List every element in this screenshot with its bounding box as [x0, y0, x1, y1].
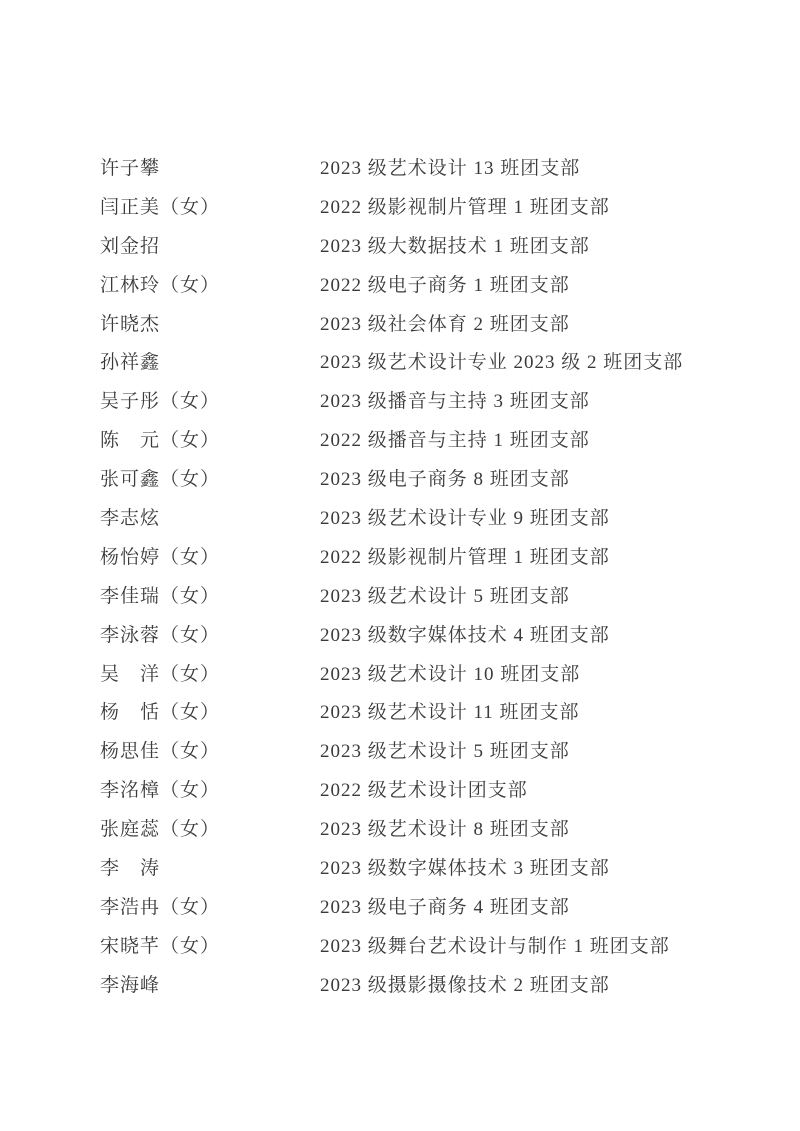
member-name: 李 涛: [100, 853, 320, 880]
member-name: 杨 恬（女）: [100, 697, 320, 724]
roster-row: 吴 洋（女） 2023 级艺术设计 10 班团支部: [100, 653, 760, 692]
branch-name: 2023 级数字媒体技术 3 班团支部: [320, 853, 760, 880]
roster: 许子攀 2023 级艺术设计 13 班团支部 闫正美（女） 2022 级影视制片…: [100, 147, 760, 1003]
roster-row: 江林玲（女） 2022 级电子商务 1 班团支部: [100, 264, 760, 303]
branch-name: 2023 级艺术设计 5 班团支部: [320, 736, 760, 763]
member-name: 杨怡婷（女）: [100, 542, 320, 569]
member-name: 李泳蓉（女）: [100, 620, 320, 647]
branch-name: 2023 级艺术设计专业 9 班团支部: [320, 503, 760, 530]
member-name: 孙祥鑫: [100, 347, 320, 374]
branch-name: 2023 级艺术设计专业 2023 级 2 班团支部: [320, 347, 760, 374]
member-name: 刘金招: [100, 231, 320, 258]
roster-row: 张可鑫（女） 2023 级电子商务 8 班团支部: [100, 458, 760, 497]
roster-row: 陈 元（女） 2022 级播音与主持 1 班团支部: [100, 419, 760, 458]
roster-row: 张庭蕊（女） 2023 级艺术设计 8 班团支部: [100, 808, 760, 847]
member-name: 陈 元（女）: [100, 425, 320, 452]
document-page: 许子攀 2023 级艺术设计 13 班团支部 闫正美（女） 2022 级影视制片…: [0, 0, 800, 1131]
branch-name: 2023 级播音与主持 3 班团支部: [320, 386, 760, 413]
member-name: 江林玲（女）: [100, 270, 320, 297]
member-name: 李浩冉（女）: [100, 892, 320, 919]
member-name: 闫正美（女）: [100, 192, 320, 219]
roster-row: 吴子彤（女） 2023 级播音与主持 3 班团支部: [100, 380, 760, 419]
roster-row: 许子攀 2023 级艺术设计 13 班团支部: [100, 147, 760, 186]
roster-row: 李志炫 2023 级艺术设计专业 9 班团支部: [100, 497, 760, 536]
member-name: 李海峰: [100, 970, 320, 997]
member-name: 许子攀: [100, 153, 320, 180]
member-name: 吴子彤（女）: [100, 386, 320, 413]
roster-row: 李 涛 2023 级数字媒体技术 3 班团支部: [100, 847, 760, 886]
member-name: 张庭蕊（女）: [100, 814, 320, 841]
roster-row: 李佳瑞（女） 2023 级艺术设计 5 班团支部: [100, 575, 760, 614]
branch-name: 2022 级影视制片管理 1 班团支部: [320, 192, 760, 219]
roster-row: 李洺樟（女） 2022 级艺术设计团支部: [100, 769, 760, 808]
roster-row: 杨怡婷（女） 2022 级影视制片管理 1 班团支部: [100, 536, 760, 575]
branch-name: 2023 级艺术设计 13 班团支部: [320, 153, 760, 180]
member-name: 李佳瑞（女）: [100, 581, 320, 608]
branch-name: 2023 级艺术设计 8 班团支部: [320, 814, 760, 841]
branch-name: 2023 级艺术设计 11 班团支部: [320, 697, 760, 724]
branch-name: 2023 级大数据技术 1 班团支部: [320, 231, 760, 258]
branch-name: 2022 级播音与主持 1 班团支部: [320, 425, 760, 452]
branch-name: 2022 级电子商务 1 班团支部: [320, 270, 760, 297]
roster-row: 孙祥鑫 2023 级艺术设计专业 2023 级 2 班团支部: [100, 341, 760, 380]
member-name: 李志炫: [100, 503, 320, 530]
roster-row: 李海峰 2023 级摄影摄像技术 2 班团支部: [100, 964, 760, 1003]
branch-name: 2023 级电子商务 4 班团支部: [320, 892, 760, 919]
member-name: 杨思佳（女）: [100, 736, 320, 763]
roster-row: 许晓杰 2023 级社会体育 2 班团支部: [100, 303, 760, 342]
roster-row: 李泳蓉（女） 2023 级数字媒体技术 4 班团支部: [100, 614, 760, 653]
branch-name: 2023 级社会体育 2 班团支部: [320, 309, 760, 336]
branch-name: 2023 级艺术设计 5 班团支部: [320, 581, 760, 608]
branch-name: 2023 级舞台艺术设计与制作 1 班团支部: [320, 931, 760, 958]
roster-row: 刘金招 2023 级大数据技术 1 班团支部: [100, 225, 760, 264]
member-name: 许晓杰: [100, 309, 320, 336]
branch-name: 2023 级艺术设计 10 班团支部: [320, 659, 760, 686]
roster-row: 宋晓芊（女） 2023 级舞台艺术设计与制作 1 班团支部: [100, 925, 760, 964]
member-name: 吴 洋（女）: [100, 659, 320, 686]
member-name: 张可鑫（女）: [100, 464, 320, 491]
roster-row: 杨思佳（女） 2023 级艺术设计 5 班团支部: [100, 730, 760, 769]
branch-name: 2023 级电子商务 8 班团支部: [320, 464, 760, 491]
branch-name: 2022 级影视制片管理 1 班团支部: [320, 542, 760, 569]
roster-row: 李浩冉（女） 2023 级电子商务 4 班团支部: [100, 886, 760, 925]
member-name: 李洺樟（女）: [100, 775, 320, 802]
branch-name: 2023 级摄影摄像技术 2 班团支部: [320, 970, 760, 997]
branch-name: 2023 级数字媒体技术 4 班团支部: [320, 620, 760, 647]
member-name: 宋晓芊（女）: [100, 931, 320, 958]
branch-name: 2022 级艺术设计团支部: [320, 775, 760, 802]
roster-row: 闫正美（女） 2022 级影视制片管理 1 班团支部: [100, 186, 760, 225]
roster-row: 杨 恬（女） 2023 级艺术设计 11 班团支部: [100, 691, 760, 730]
